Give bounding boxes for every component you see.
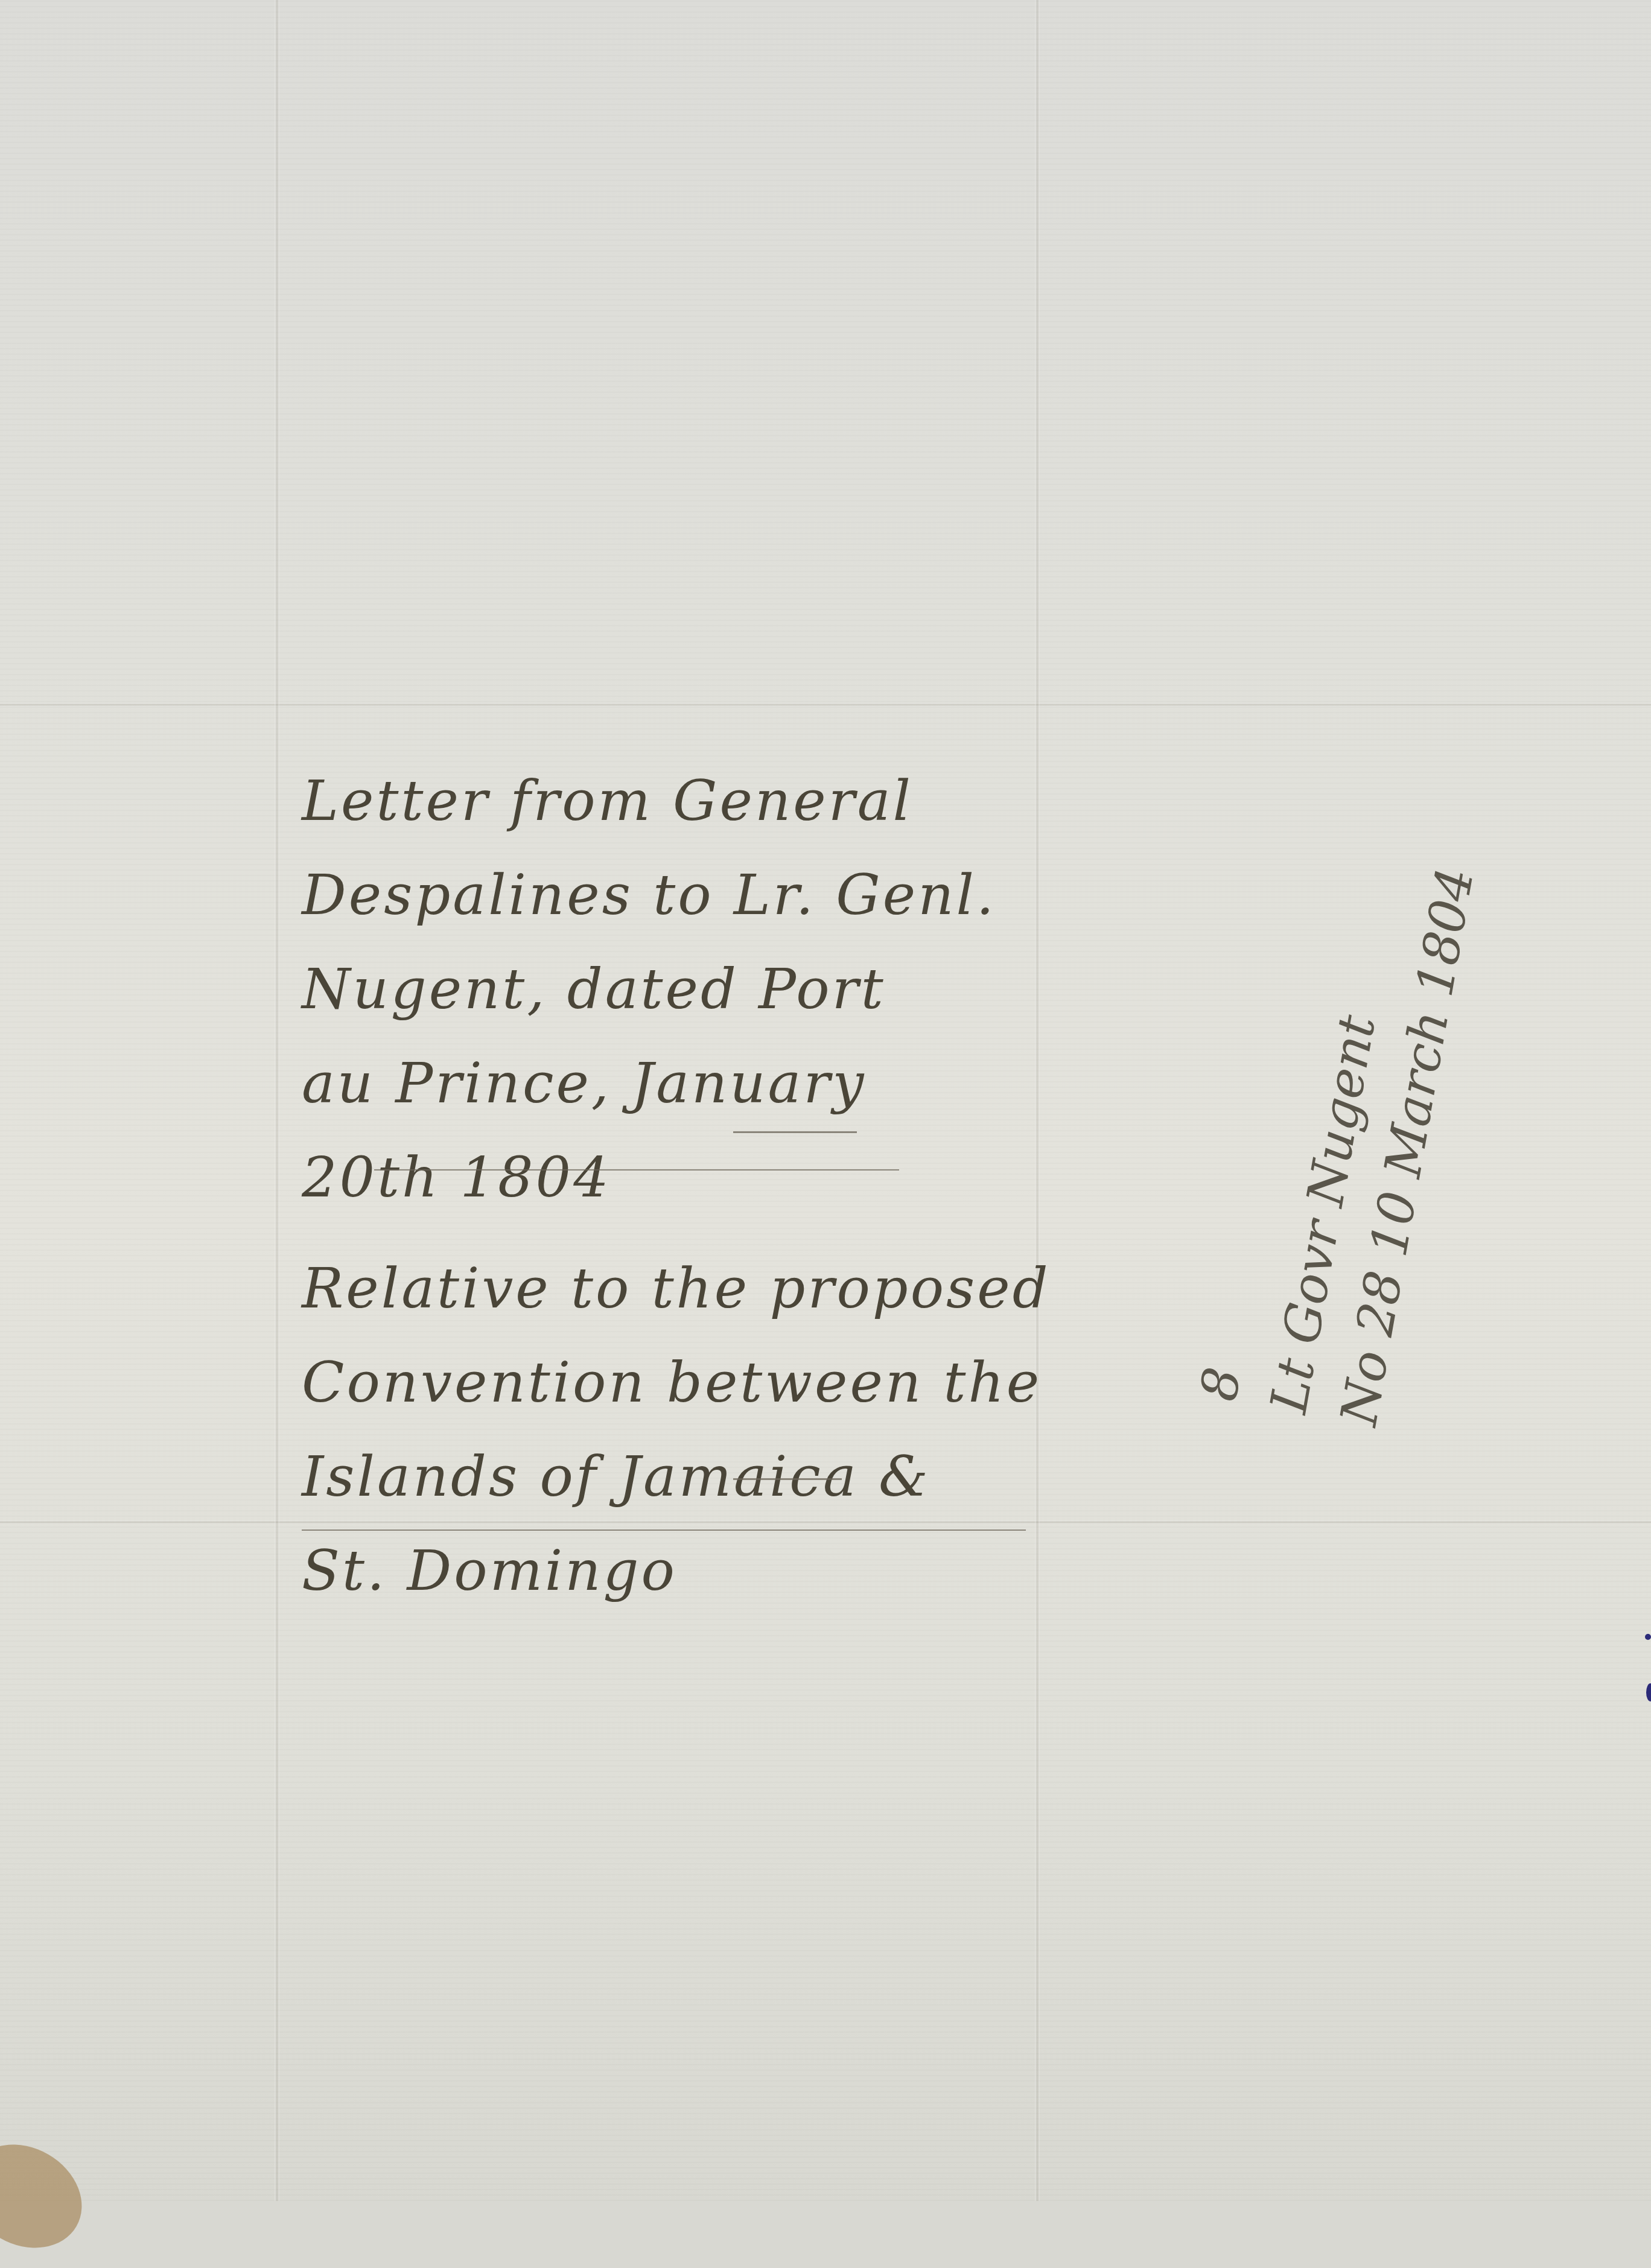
docket-line: Despalines to Lr. Genl. xyxy=(302,848,1026,942)
docket-line: Nugent, dated Port xyxy=(302,942,1026,1037)
docket-line: Letter from General xyxy=(302,754,1026,848)
date-flourish-rule xyxy=(733,1131,857,1133)
horizontal-fold-line xyxy=(0,703,1651,707)
docket-description-line: Islands of Jamaica & xyxy=(302,1430,1026,1524)
ink-spot xyxy=(1646,1683,1651,1701)
docket-line: au Prince, January xyxy=(302,1037,1026,1131)
section-divider-rule xyxy=(374,1169,899,1171)
docket-description-line: St. Domingo xyxy=(302,1524,1026,1618)
bottom-divider-rule xyxy=(302,1529,1026,1531)
paper-sheet: Letter from General Despalines to Lr. Ge… xyxy=(0,0,1651,2201)
vertical-fold-line xyxy=(1035,0,1040,2201)
vertical-fold-line xyxy=(275,0,279,2201)
end-flourish-rule xyxy=(733,1478,842,1480)
rotated-endorsement: 8 Lt Govr Nugent No 28 10 March 1804 xyxy=(1183,837,1491,1431)
holder-finger xyxy=(0,2124,101,2201)
docket-text-block: Letter from General Despalines to Lr. Ge… xyxy=(302,754,1026,1618)
docket-line: 20th 1804 xyxy=(302,1131,1026,1225)
ink-spot xyxy=(1645,1634,1651,1640)
docket-description-line: Convention between the xyxy=(302,1336,1026,1430)
docket-description-line: Relative to the proposed xyxy=(302,1242,1026,1336)
